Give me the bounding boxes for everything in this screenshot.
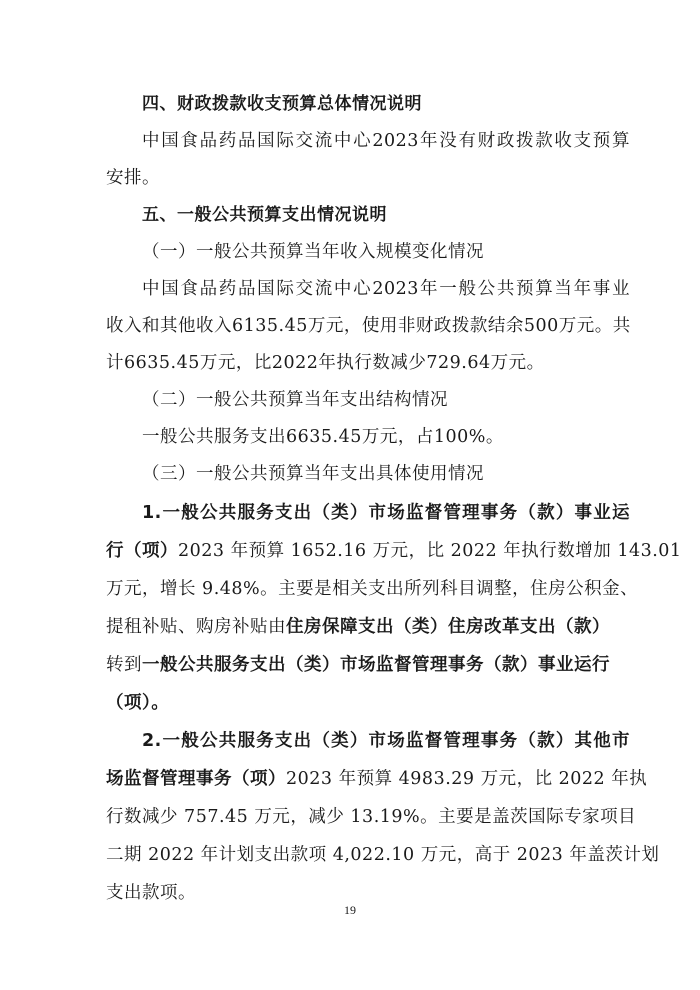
- paragraph-line: 安排。: [106, 166, 594, 190]
- subsection-1-heading: （一）一般公共预算当年收入规模变化情况: [106, 240, 630, 264]
- item-1-text: 提租补贴、购房补贴由: [106, 617, 286, 637]
- item-1-text: 2023 年预算 1652.16 万元，比 2022 年执行数增加 143.01: [178, 541, 682, 561]
- item-2-title: 2.一般公共服务支出（类）市场监督管理事务（款）其他市: [106, 729, 630, 753]
- item-1-bold-category: 住房保障支出（类）住房改革支出（款）: [286, 617, 610, 637]
- paragraph-line: 提租补贴、购房补贴由住房保障支出（类）住房改革支出（款）: [106, 615, 594, 639]
- paragraph-line: 转到一般公共服务支出（类）市场监督管理事务（款）事业运行: [106, 653, 594, 677]
- paragraph-line: 支出款项。: [106, 881, 594, 905]
- paragraph-line: 二期 2022 年计划支出款项 4,022.10 万元，高于 2023 年盖茨计…: [106, 843, 594, 867]
- paragraph-line: 行数减少 757.45 万元，减少 13.19%。主要是盖茨国际专家项目: [106, 805, 594, 829]
- paragraph-line: 一般公共服务支出6635.45万元，占100%。: [106, 425, 630, 449]
- section-4-heading: 四、财政拨款收支预算总体情况说明: [106, 92, 630, 116]
- item-1-title-cont: 行（项）: [106, 541, 178, 561]
- paragraph-line: 万元，增长 9.48%。主要是相关支出所列科目调整，住房公积金、: [106, 577, 594, 601]
- paragraph-line: 中国食品药品国际交流中心2023年没有财政拨款收支预算: [106, 129, 630, 153]
- item-1-title: 1.一般公共服务支出（类）市场监督管理事务（款）事业运: [106, 501, 630, 525]
- item-1-bold-category: 一般公共服务支出（类）市场监督管理事务（款）事业运行: [142, 655, 610, 675]
- paragraph-line: 收入和其他收入6135.45万元，使用非财政拨款结余500万元。共: [106, 314, 594, 338]
- page-number: 19: [0, 903, 700, 918]
- subsection-2-heading: （二）一般公共预算当年支出结构情况: [106, 388, 630, 412]
- section-5-heading: 五、一般公共预算支出情况说明: [106, 203, 630, 227]
- subsection-3-heading: （三）一般公共预算当年支出具体使用情况: [106, 462, 630, 486]
- item-1-text: 转到: [106, 655, 142, 675]
- paragraph-line: 中国食品药品国际交流中心2023年一般公共预算当年事业: [106, 277, 630, 301]
- item-2-text: 2023 年预算 4983.29 万元，比 2022 年执: [286, 769, 647, 789]
- paragraph-line: 场监督管理事务（项）2023 年预算 4983.29 万元，比 2022 年执: [106, 767, 594, 791]
- item-2-title-cont: 场监督管理事务（项）: [106, 769, 286, 789]
- paragraph-line: 行（项）2023 年预算 1652.16 万元，比 2022 年执行数增加 14…: [106, 539, 594, 563]
- paragraph-line: （项）。: [106, 691, 594, 715]
- paragraph-line: 计6635.45万元，比2022年执行数减少729.64万元。: [106, 351, 594, 375]
